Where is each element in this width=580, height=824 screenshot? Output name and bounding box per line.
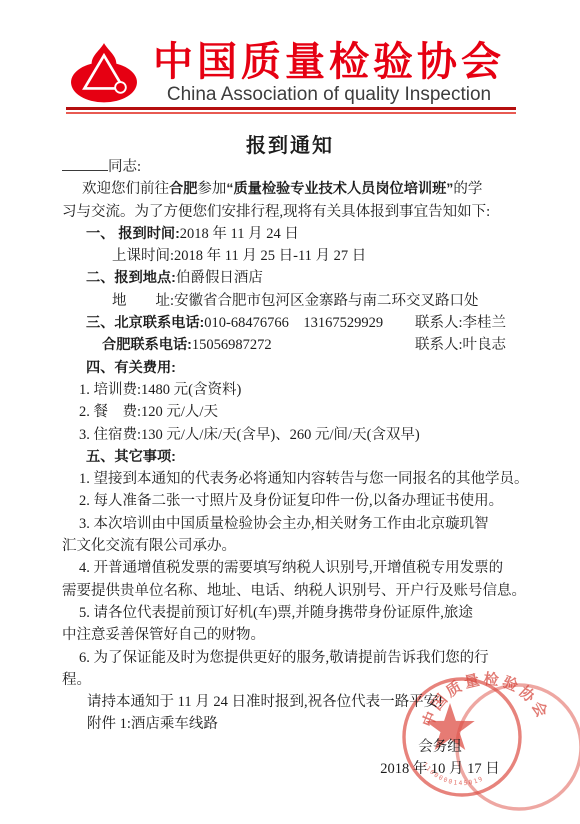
text-run: 3. 本次培训由中国质量检验协会主办,相关财务工作由北京璇玑智 (79, 516, 489, 532)
text-run: 参加 (197, 181, 226, 197)
text-run: 程。 (62, 672, 91, 688)
org-name-cn: 中国质量检验协会 (140, 40, 518, 84)
text-run: 4. 开普通增值税发票的需要填写纳税人识别号,开增值税专用发票的 (79, 560, 503, 576)
doc-line: 欢迎您们前往合肥参加“质量检验专业技术人员岗位培训班”的学 (62, 178, 520, 200)
contact-left: 三、北京联系电话:010-68476766 13167529929 (86, 312, 383, 334)
greeting-blank (62, 157, 108, 171)
text-run: 010-68476766 13167529929 (204, 315, 383, 331)
doc-line: 四、有关费用: (62, 357, 520, 379)
contact-left: 合肥联系电话:15056987272 (102, 334, 272, 356)
doc-title: 报到通知 (0, 129, 580, 158)
text-run: 欢迎您们前往 (82, 181, 169, 197)
signature-block: 会务组2018 年 10 月 17 日 (374, 736, 506, 781)
text-run: 的学 (453, 181, 482, 197)
doc-line: 地 址:安徽省合肥市包河区金寨路与南二环交叉路口处 (62, 290, 520, 312)
doc-line: 中注意妥善保管好自己的财物。 (62, 624, 520, 646)
doc-line: 五、其它事项: (62, 446, 520, 468)
bold-run: 五、其它事项: (86, 449, 176, 465)
text-run: 同志: (108, 159, 141, 175)
signature-date: 2018 年 10 月 17 日 (374, 758, 506, 780)
text-run: 6. 为了保证能及时为您提供更好的服务,敬请提前告诉我们您的行 (79, 650, 489, 666)
signature-dept: 会务组 (374, 736, 506, 758)
text-run: 地 址:安徽省合肥市包河区金寨路与南二环交叉路口处 (112, 293, 479, 309)
contact-person: 联系人:李桂兰 (415, 312, 506, 334)
bold-run: 四、有关费用: (86, 360, 176, 376)
doc-line: 同志: (62, 156, 520, 178)
bold-run: 一、 报到时间: (86, 226, 180, 242)
text-run: 附件 1:酒店乘车线路 (87, 716, 218, 732)
text-run: 习与交流。为了方便您们安排行程,现将有关具体报到事宜告知如下: (62, 204, 490, 220)
notice-document: 中国质量检验协会 China Association of quality In… (0, 0, 580, 824)
doc-line: 需要提供贵单位名称、地址、电话、纳税人识别号、开户行及账号信息。 (62, 580, 520, 602)
doc-line: 6. 为了保证能及时为您提供更好的服务,敬请提前告诉我们您的行 (62, 647, 520, 669)
text-run: 5. 请各位代表提前预订好机(车)票,并随身携带身份证原件,旅途 (79, 605, 473, 621)
doc-line: 合肥联系电话:15056987272联系人:叶良志 (62, 334, 520, 356)
bold-run: 合肥 (169, 181, 197, 197)
doc-line: 2. 餐 费:120 元/人/天 (62, 401, 520, 423)
text-run: 2. 餐 费:120 元/人/天 (79, 404, 218, 420)
caqi-logo-icon (70, 42, 138, 104)
doc-line: 上课时间:2018 年 11 月 25 日-11 月 27 日 (62, 245, 520, 267)
doc-line: 三、北京联系电话:010-68476766 13167529929联系人:李桂兰 (62, 312, 520, 334)
text-run: 请持本通知于 11 月 24 日准时报到,祝各位代表一路平安! (87, 694, 443, 710)
text-run: 伯爵假日酒店 (176, 270, 263, 286)
doc-line: 汇文化交流有限公司承办。 (62, 535, 520, 557)
bold-run: “质量检验专业技术人员岗位培训班” (226, 181, 453, 197)
doc-line: 请持本通知于 11 月 24 日准时报到,祝各位代表一路平安! (62, 691, 520, 713)
text-run: 需要提供贵单位名称、地址、电话、纳税人识别号、开户行及账号信息。 (62, 583, 526, 599)
text-run: 联系人:叶良志 (415, 337, 506, 353)
text-run: 中注意妥善保管好自己的财物。 (62, 627, 265, 643)
doc-body: 同志:欢迎您们前往合肥参加“质量检验专业技术人员岗位培训班”的学习与交流。为了方… (62, 156, 520, 780)
doc-line: 5. 请各位代表提前预订好机(车)票,并随身携带身份证原件,旅途 (62, 602, 520, 624)
header-rule-bottom (66, 112, 516, 114)
bold-run: 二、报到地点: (86, 270, 176, 286)
org-name-en: China Association of quality Inspection (140, 84, 518, 105)
text-run: 3. 住宿费:130 元/人/床/天(含早)、260 元/间/天(含双早) (79, 427, 420, 443)
doc-line: 附件 1:酒店乘车线路 (62, 713, 520, 735)
doc-line: 二、报到地点:伯爵假日酒店 (62, 267, 520, 289)
doc-line: 1. 培训费:1480 元(含资料) (62, 379, 520, 401)
doc-line: 3. 本次培训由中国质量检验协会主办,相关财务工作由北京璇玑智 (62, 513, 520, 535)
doc-line: 习与交流。为了方便您们安排行程,现将有关具体报到事宜告知如下: (62, 201, 520, 223)
text-run: 汇文化交流有限公司承办。 (62, 538, 236, 554)
text-run: 联系人:李桂兰 (415, 315, 506, 331)
doc-line: 2. 每人准备二张一寸照片及身份证复印件一份,以备办理证书使用。 (62, 490, 520, 512)
header-rule-top (66, 107, 516, 110)
text-run: 2018 年 11 月 24 日 (180, 226, 299, 242)
text-run: 2. 每人准备二张一寸照片及身份证复印件一份,以备办理证书使用。 (79, 493, 503, 509)
bold-run: 三、北京联系电话: (86, 315, 204, 331)
text-run: 上课时间:2018 年 11 月 25 日-11 月 27 日 (112, 248, 366, 264)
doc-line: 3. 住宿费:130 元/人/床/天(含早)、260 元/间/天(含双早) (62, 424, 520, 446)
text-run: 1. 培训费:1480 元(含资料) (79, 382, 241, 398)
doc-line: 一、 报到时间:2018 年 11 月 24 日 (62, 223, 520, 245)
contact-person: 联系人:叶良志 (415, 334, 506, 356)
text-run: 1. 望接到本通知的代表务必将通知内容转告与您一同报名的其他学员。 (79, 471, 529, 487)
doc-line: 程。 (62, 669, 520, 691)
bold-run: 合肥联系电话: (102, 337, 192, 353)
doc-line: 1. 望接到本通知的代表务必将通知内容转告与您一同报名的其他学员。 (62, 468, 520, 490)
doc-line: 4. 开普通增值税发票的需要填写纳税人识别号,开增值税专用发票的 (62, 557, 520, 579)
text-run: 15056987272 (192, 337, 272, 353)
